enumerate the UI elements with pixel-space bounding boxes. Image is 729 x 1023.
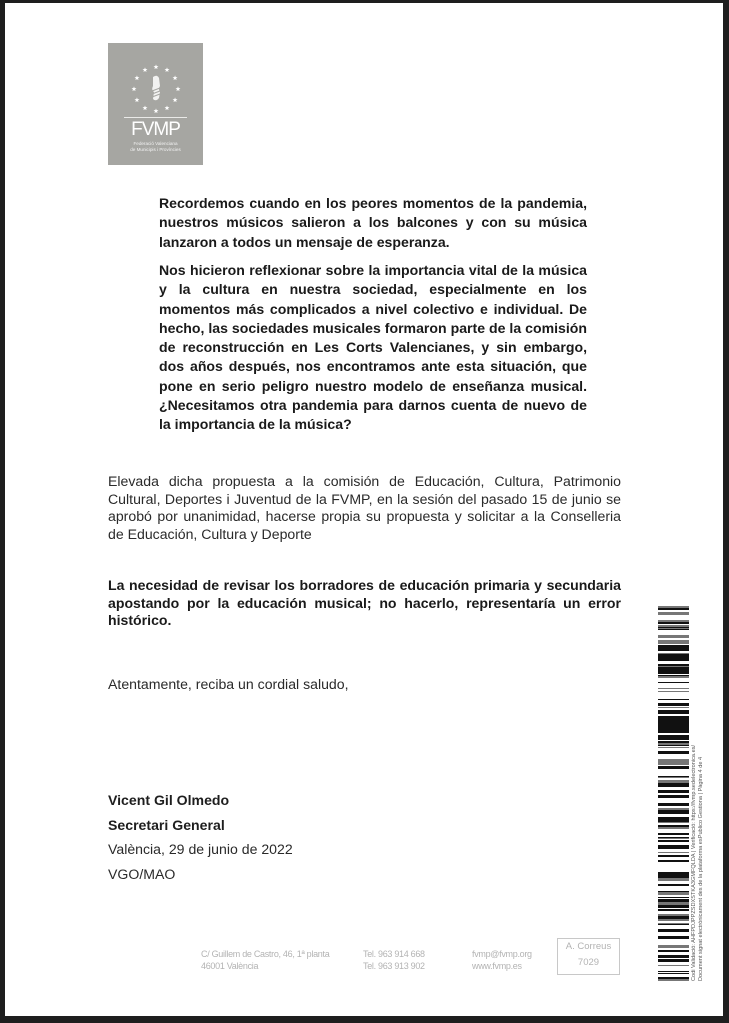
reference-code: VGO/MAO (108, 866, 175, 882)
footer-address: C/ Guillem de Castro, 46, 1ª planta 4600… (201, 948, 329, 972)
signatory-title: Secretari General (108, 817, 225, 833)
postal-box-number: 7029 (558, 955, 619, 971)
postal-box: A. Correus 7029 (557, 938, 620, 975)
postal-box-label: A. Correus (558, 939, 619, 955)
fvmp-logo: FVMP Federació Valenciana de Municipis i… (108, 43, 203, 165)
verification-text: Codi Validació: AHFPDJPPZSDXSTKA3GMFQLDA… (691, 681, 705, 981)
place-date: València, 29 de junio de 2022 (108, 841, 293, 857)
barcode-icon (658, 606, 689, 981)
quote-paragraph-2: Nos hicieron reflexionar sobre la import… (159, 261, 587, 435)
footer-phones: Tel. 963 914 668 Tel. 963 913 902 (363, 948, 425, 972)
body-paragraph-elevada: Elevada dicha propuesta a la comisión de… (108, 473, 621, 543)
verification-line-2: Document signat electrònicament des de l… (698, 681, 705, 981)
verification-line-1: Codi Validació: AHFPDJPPZSDXSTKA3GMFQLDA… (691, 681, 698, 981)
footer-address-line1: C/ Guillem de Castro, 46, 1ª planta (201, 948, 329, 960)
body-paragraph-necesidad: La necesidad de revisar los borradores d… (108, 577, 621, 630)
footer-tel-1: Tel. 963 914 668 (363, 948, 425, 960)
logo-fullname-line2: de Municipis i Províncies (108, 147, 203, 153)
signatory-name: Vicent Gil Olmedo (108, 792, 229, 808)
footer-contact: fvmp@fvmp.org www.fvmp.es (472, 948, 532, 972)
closing-salutation: Atentamente, reciba un cordial saludo, (108, 676, 621, 694)
footer-address-line2: 46001 València (201, 960, 329, 972)
eu-stars-emblem-icon (130, 63, 182, 115)
footer-tel-2: Tel. 963 913 902 (363, 960, 425, 972)
logo-acronym: FVMP (124, 117, 187, 140)
footer-email[interactable]: fvmp@fvmp.org (472, 948, 532, 960)
quote-paragraph-1: Recordemos cuando en los peores momentos… (159, 194, 587, 252)
document-page: FVMP Federació Valenciana de Municipis i… (5, 3, 723, 1016)
footer-website[interactable]: www.fvmp.es (472, 960, 532, 972)
logo-fullname: Federació Valenciana de Municipis i Prov… (108, 141, 203, 153)
